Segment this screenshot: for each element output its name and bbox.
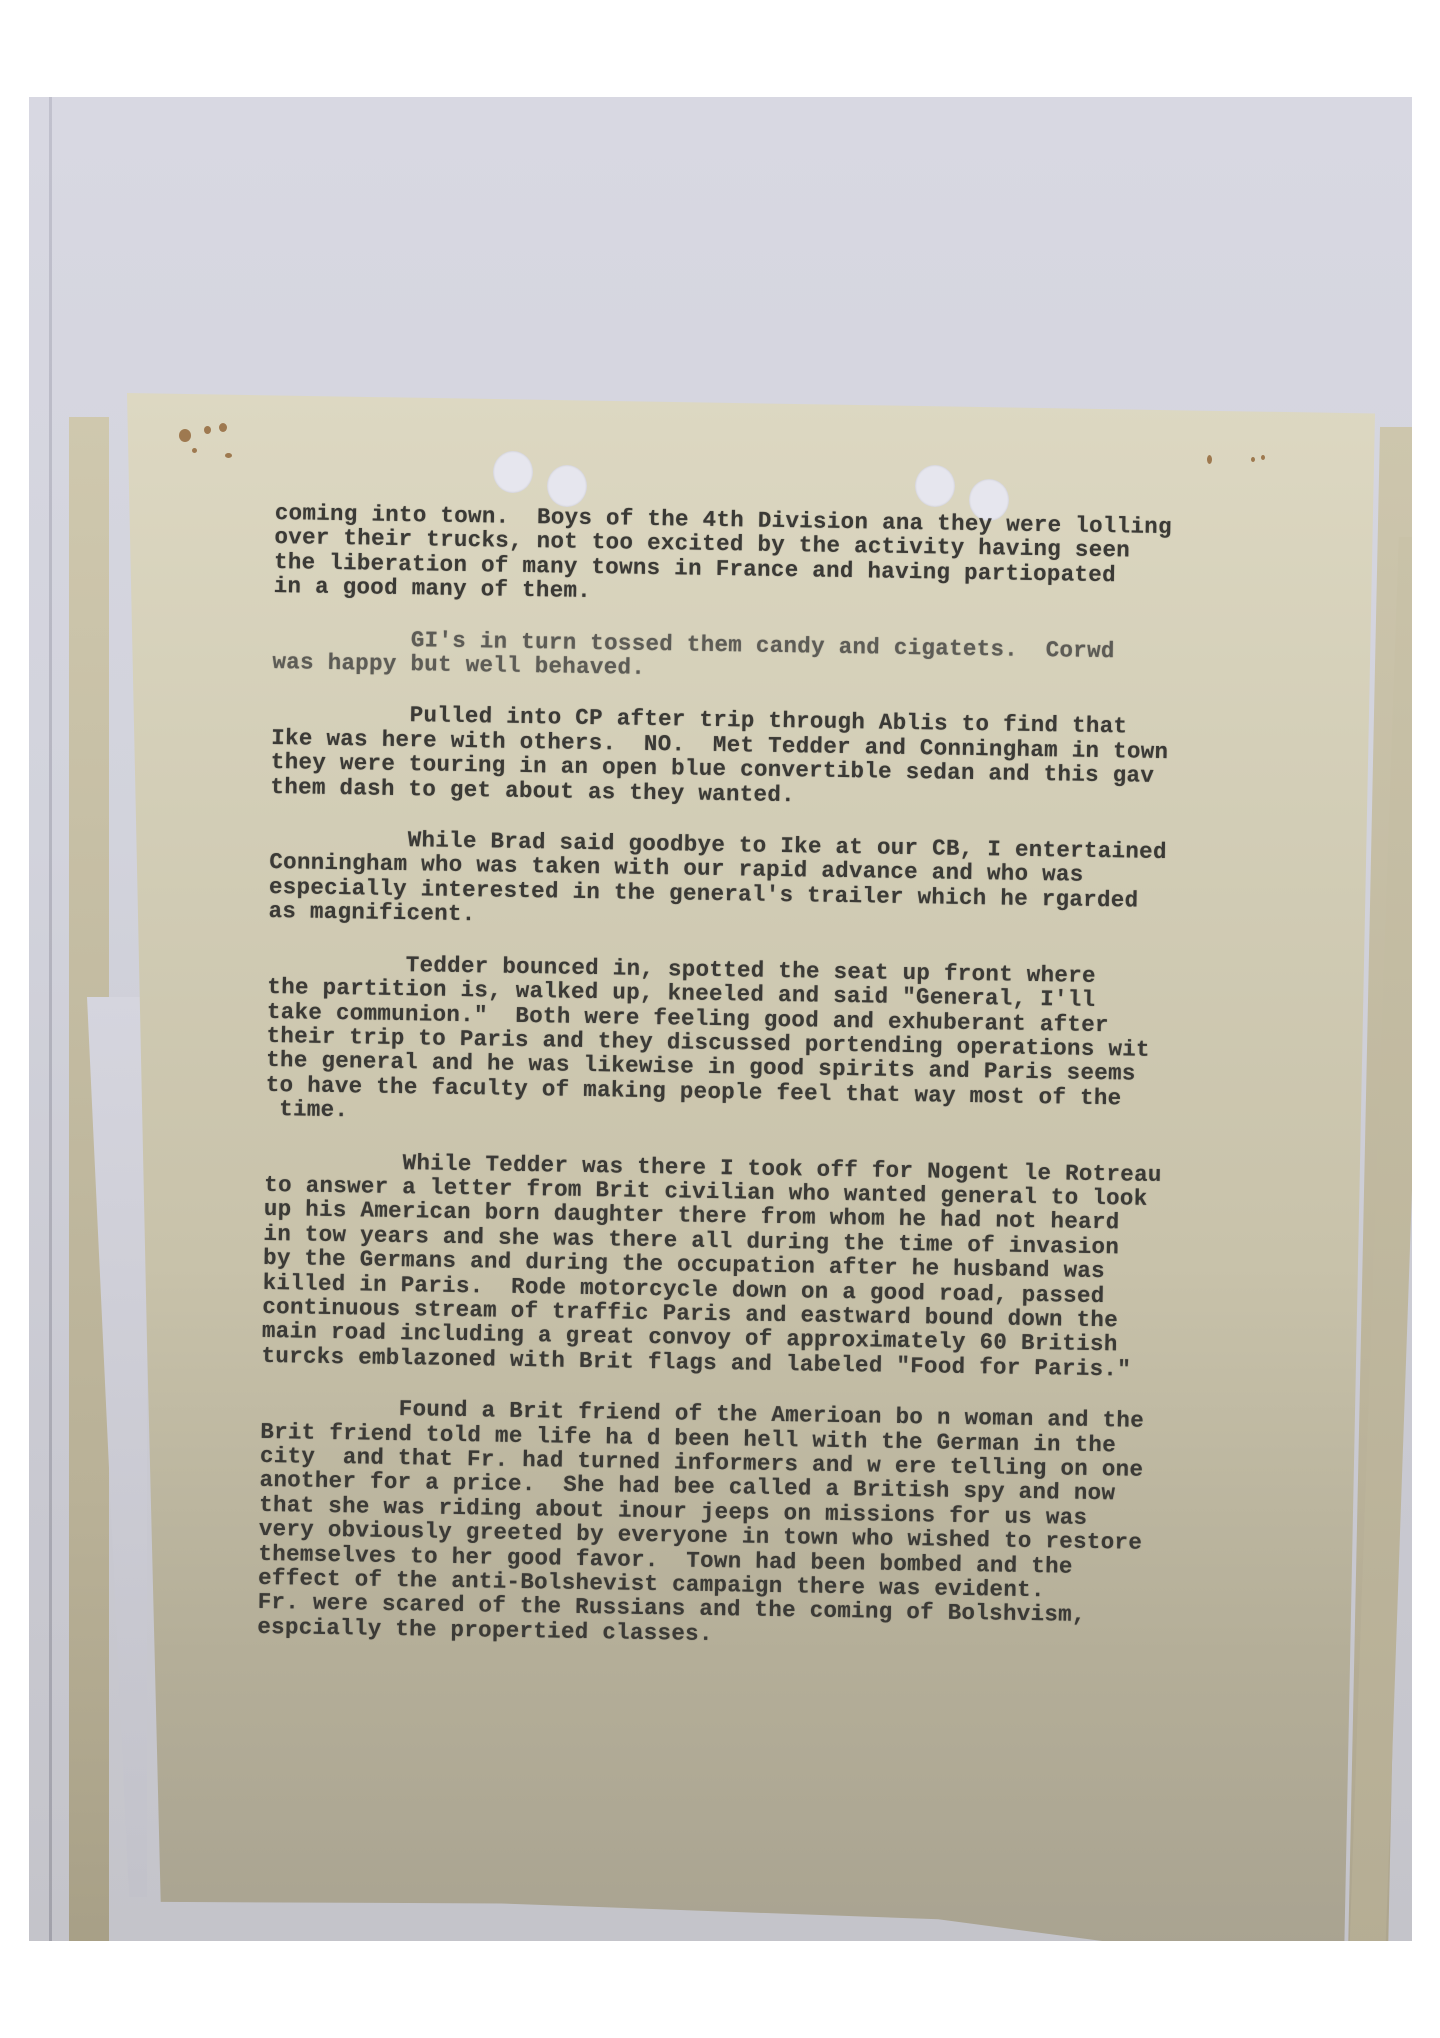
rust-stain	[219, 423, 227, 432]
paragraph: Found a Brit friend of the Amerioan bo n…	[257, 1395, 1271, 1655]
rust-stain	[192, 448, 197, 453]
document-photo: coming into town. Boys of the 4th Divisi…	[29, 97, 1412, 1941]
paragraph: GI's in turn tossed them candy and cigat…	[272, 626, 1283, 691]
typewritten-text: coming into town. Boys of the 4th Divisi…	[257, 501, 1285, 1682]
rust-stain	[1207, 455, 1212, 464]
punch-hole	[493, 451, 533, 493]
rust-stain	[179, 429, 191, 442]
paragraph: While Tedder was there I took off for No…	[261, 1148, 1274, 1383]
photo-edge	[49, 97, 52, 1941]
rust-stain	[1261, 455, 1265, 460]
rust-stain	[225, 453, 232, 458]
paragraph: Pulled into CP after trip through Ablis …	[270, 701, 1281, 814]
punch-hole	[915, 465, 955, 507]
rust-stain	[1251, 457, 1255, 462]
paragraph: Tedder bounced in, spotted the seat up f…	[265, 951, 1278, 1138]
typewritten-page: coming into town. Boys of the 4th Divisi…	[127, 393, 1375, 1941]
paragraph: coming into town. Boys of the 4th Divisi…	[273, 501, 1284, 614]
punch-hole	[547, 465, 587, 507]
rust-stain	[204, 426, 211, 434]
paragraph: While Brad said goodbye to Ike at our CB…	[268, 826, 1279, 939]
